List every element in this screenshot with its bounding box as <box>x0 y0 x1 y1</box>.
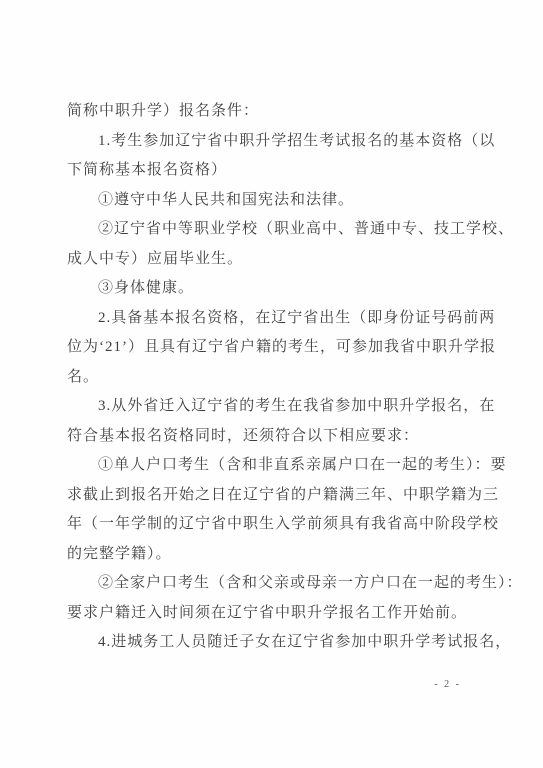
document-line: ①遵守中华人民共和国宪法和法律。 <box>67 186 483 216</box>
document-page: 简称中职升学）报名条件：1.考生参加辽宁省中职升学招生考试报名的基本资格（以下简… <box>0 0 543 768</box>
document-line: 简称中职升学）报名条件： <box>67 97 483 127</box>
document-line: 年（一年学制的辽宁省中职生入学前须具有我省高中阶段学校 <box>67 510 483 540</box>
document-line: 4.进城务工人员随迁子女在辽宁省参加中职升学考试报名， <box>67 628 483 658</box>
page-number: - 2 - <box>434 679 461 690</box>
document-line: 下简称基本报名资格） <box>67 156 483 186</box>
document-line: ①单人户口考生（含和非直系亲属户口在一起的考生）：要 <box>67 451 483 481</box>
document-line: 要求户籍迁入时间须在辽宁省中职升学报名工作开始前。 <box>67 599 483 629</box>
document-line: 1.考生参加辽宁省中职升学招生考试报名的基本资格（以 <box>67 127 483 157</box>
document-line: 名。 <box>67 363 483 393</box>
document-line: ②辽宁省中等职业学校（职业高中、普通中专、技工学校、 <box>67 215 483 245</box>
document-line: 2.具备基本报名资格，在辽宁省出生（即身份证号码前两 <box>67 304 483 334</box>
document-line: 的完整学籍）。 <box>67 540 483 570</box>
document-line: 求截止到报名开始之日在辽宁省的户籍满三年、中职学籍为三 <box>67 481 483 511</box>
document-line: 成人中专）应届毕业生。 <box>67 245 483 275</box>
document-line: 符合基本报名资格同时，还须符合以下相应要求： <box>67 422 483 452</box>
document-line: ②全家户口考生（含和父亲或母亲一方户口在一起的考生）： <box>67 569 483 599</box>
document-line: 位为‘21’）且具有辽宁省户籍的考生，可参加我省中职升学报 <box>67 333 483 363</box>
document-line: ③身体健康。 <box>67 274 483 304</box>
document-line: 3.从外省迁入辽宁省的考生在我省参加中职升学报名，在 <box>67 392 483 422</box>
document-body: 简称中职升学）报名条件：1.考生参加辽宁省中职升学招生考试报名的基本资格（以下简… <box>67 97 483 658</box>
